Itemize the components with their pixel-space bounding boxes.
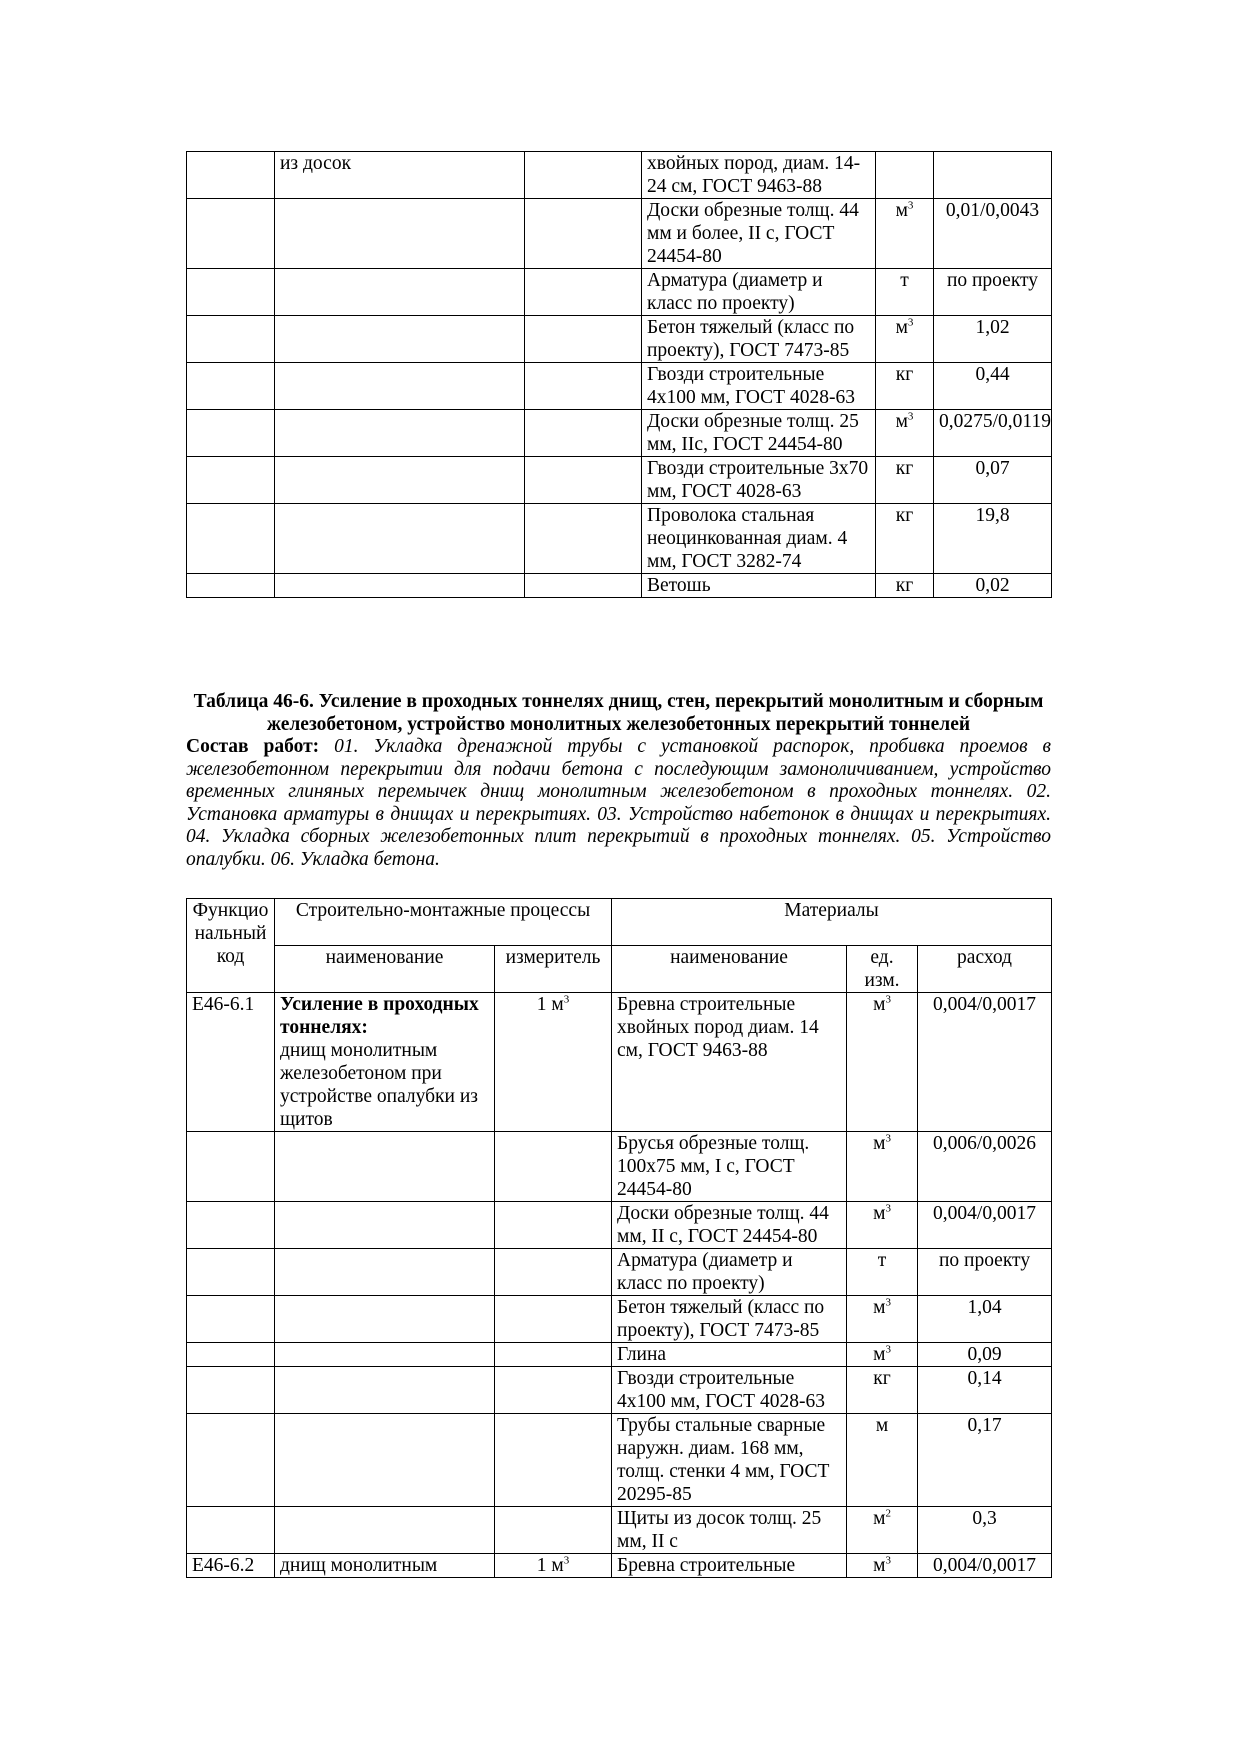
- table-row: Доски обрезные толщ. 44 мм, II с, ГОСТ 2…: [187, 1202, 1052, 1249]
- material-cell: Ветошь: [642, 574, 876, 598]
- unit-cell: м: [847, 1414, 918, 1507]
- meter-cell: [525, 199, 642, 269]
- meter-cell: [495, 1249, 612, 1296]
- code-cell: Е46-6.1: [187, 993, 275, 1132]
- process-cell: [275, 410, 525, 457]
- process-cell: из досок: [275, 152, 525, 199]
- material-cell: Бетон тяжелый (класс по проекту), ГОСТ 7…: [612, 1296, 847, 1343]
- material-cell: Бревна строительные: [612, 1554, 847, 1578]
- material-cell: Арматура (диаметр и класс по проекту): [642, 269, 876, 316]
- qty-cell: 0,006/0,0026: [918, 1132, 1052, 1202]
- qty-cell: [934, 152, 1052, 199]
- code-cell: [187, 1202, 275, 1249]
- meter-cell: [495, 1507, 612, 1554]
- meter-cell: [525, 574, 642, 598]
- qty-cell: 0,004/0,0017: [918, 1202, 1052, 1249]
- meter-cell: [495, 1202, 612, 1249]
- table-row: Е46-6.2днищ монолитным1 м3Бревна строите…: [187, 1554, 1052, 1578]
- process-cell: [275, 1343, 495, 1367]
- material-cell: Доски обрезные толщ. 25 мм, IIс, ГОСТ 24…: [642, 410, 876, 457]
- unit-cell: кг: [876, 457, 934, 504]
- unit-cell: м3: [876, 316, 934, 363]
- header-meter: измеритель: [495, 946, 612, 993]
- qty-cell: 0,09: [918, 1343, 1052, 1367]
- process-cell: [275, 1367, 495, 1414]
- unit-cell: м3: [847, 1132, 918, 1202]
- qty-cell: 19,8: [934, 504, 1052, 574]
- table-caption: Таблица 46-6. Усиление в проходных тонне…: [186, 691, 1051, 871]
- qty-cell: 0,004/0,0017: [918, 993, 1052, 1132]
- process-cell: [275, 269, 525, 316]
- unit-cell: м3: [847, 1202, 918, 1249]
- header-row-2: наименование измеритель наименование ед.…: [187, 946, 1052, 993]
- header-material-name: наименование: [612, 946, 847, 993]
- qty-cell: 0,01/0,0043: [934, 199, 1052, 269]
- material-cell: Щиты из досок толщ. 25 мм, II с: [612, 1507, 847, 1554]
- table-row: Арматура (диаметр и класс по проекту)тпо…: [187, 269, 1052, 316]
- material-cell: Глина: [612, 1343, 847, 1367]
- code-cell: [187, 1343, 275, 1367]
- code-cell: Е46-6.2: [187, 1554, 275, 1578]
- material-cell: хвойных пород, диам. 14-24 см, ГОСТ 9463…: [642, 152, 876, 199]
- unit-cell: м3: [876, 410, 934, 457]
- continued-materials-table: из досокхвойных пород, диам. 14-24 см, Г…: [186, 151, 1052, 598]
- process-cell: [275, 1507, 495, 1554]
- table-row: Гвозди строительные 4х100 мм, ГОСТ 4028-…: [187, 1367, 1052, 1414]
- unit-cell: м3: [847, 1296, 918, 1343]
- qty-cell: 1,04: [918, 1296, 1052, 1343]
- table-row: Гвозди строительные 4х100 мм, ГОСТ 4028-…: [187, 363, 1052, 410]
- header-unit: ед. изм.: [847, 946, 918, 993]
- meter-cell: [495, 1132, 612, 1202]
- table-row: Проволока стальная неоцинкованная диам. …: [187, 504, 1052, 574]
- meter-cell: [525, 363, 642, 410]
- meter-cell: [495, 1343, 612, 1367]
- material-cell: Бетон тяжелый (класс по проекту), ГОСТ 7…: [642, 316, 876, 363]
- process-cell: днищ монолитным: [275, 1554, 495, 1578]
- header-process-name: наименование: [275, 946, 495, 993]
- process-heading: Усиление в проходных тоннелях:: [280, 994, 479, 1038]
- table-row: Е46-6.1Усиление в проходных тоннелях:дни…: [187, 993, 1052, 1132]
- code-cell: [187, 1296, 275, 1343]
- meter-cell: [525, 410, 642, 457]
- meter-cell: [495, 1296, 612, 1343]
- table-row: Щиты из досок толщ. 25 мм, II см20,3: [187, 1507, 1052, 1554]
- code-cell: [187, 269, 275, 316]
- meter-cell: [525, 269, 642, 316]
- work-composition: Состав работ: 01. Укладка дренажной труб…: [186, 736, 1051, 871]
- meter-cell: [495, 1367, 612, 1414]
- header-code: Функциональный код: [187, 899, 275, 993]
- qty-cell: 0,14: [918, 1367, 1052, 1414]
- qty-cell: по проекту: [918, 1249, 1052, 1296]
- code-cell: [187, 1507, 275, 1554]
- material-cell: Брусья обрезные толщ. 100х75 мм, I с, ГО…: [612, 1132, 847, 1202]
- meter-cell: [525, 504, 642, 574]
- code-cell: [187, 1414, 275, 1507]
- table-row: Арматура (диаметр и класс по проекту)тпо…: [187, 1249, 1052, 1296]
- qty-cell: 1,02: [934, 316, 1052, 363]
- table-row: Ветошькг0,02: [187, 574, 1052, 598]
- material-cell: Доски обрезные толщ. 44 мм, II с, ГОСТ 2…: [612, 1202, 847, 1249]
- code-cell: [187, 1132, 275, 1202]
- meter-cell: 1 м3: [495, 993, 612, 1132]
- material-cell: Арматура (диаметр и класс по проекту): [612, 1249, 847, 1296]
- table-row: Брусья обрезные толщ. 100х75 мм, I с, ГО…: [187, 1132, 1052, 1202]
- qty-cell: 0,17: [918, 1414, 1052, 1507]
- material-cell: Гвозди строительные 3х70 мм, ГОСТ 4028-6…: [642, 457, 876, 504]
- meter-cell: [525, 457, 642, 504]
- process-cell: [275, 1132, 495, 1202]
- table-row: Гвозди строительные 3х70 мм, ГОСТ 4028-6…: [187, 457, 1052, 504]
- process-cell: [275, 199, 525, 269]
- header-materials: Материалы: [612, 899, 1052, 946]
- unit-cell: т: [847, 1249, 918, 1296]
- code-cell: [187, 1249, 275, 1296]
- table-title: Таблица 46-6. Усиление в проходных тонне…: [186, 691, 1051, 736]
- table-row: Бетон тяжелый (класс по проекту), ГОСТ 7…: [187, 316, 1052, 363]
- unit-cell: кг: [876, 363, 934, 410]
- process-cell: [275, 504, 525, 574]
- material-cell: Проволока стальная неоцинкованная диам. …: [642, 504, 876, 574]
- process-cell: [275, 1202, 495, 1249]
- table-46-6: Функциональный код Строительно-монтажные…: [186, 898, 1052, 1578]
- process-cell: Усиление в проходных тоннелях:днищ монол…: [275, 993, 495, 1132]
- unit-cell: кг: [847, 1367, 918, 1414]
- material-cell: Доски обрезные толщ. 44 мм и более, II с…: [642, 199, 876, 269]
- process-cell: [275, 1296, 495, 1343]
- process-cell: [275, 574, 525, 598]
- table-row: Доски обрезные толщ. 44 мм и более, II с…: [187, 199, 1052, 269]
- code-cell: [187, 363, 275, 410]
- header-qty: расход: [918, 946, 1052, 993]
- header-processes: Строительно-монтажные процессы: [275, 899, 612, 946]
- unit-cell: кг: [876, 504, 934, 574]
- material-cell: Трубы стальные сварные наружн. диам. 168…: [612, 1414, 847, 1507]
- process-cell: [275, 363, 525, 410]
- table-row: из досокхвойных пород, диам. 14-24 см, Г…: [187, 152, 1052, 199]
- code-cell: [187, 574, 275, 598]
- unit-cell: м3: [847, 993, 918, 1132]
- meter-cell: [495, 1414, 612, 1507]
- process-cell: [275, 1249, 495, 1296]
- code-cell: [187, 504, 275, 574]
- table-row: Бетон тяжелый (класс по проекту), ГОСТ 7…: [187, 1296, 1052, 1343]
- code-cell: [187, 199, 275, 269]
- material-cell: Гвозди строительные 4х100 мм, ГОСТ 4028-…: [642, 363, 876, 410]
- meter-cell: 1 м3: [495, 1554, 612, 1578]
- process-cell: [275, 316, 525, 363]
- unit-cell: м3: [847, 1343, 918, 1367]
- meter-cell: [525, 152, 642, 199]
- qty-cell: 0,07: [934, 457, 1052, 504]
- code-cell: [187, 1367, 275, 1414]
- material-cell: Бревна строительные хвойных пород диам. …: [612, 993, 847, 1132]
- meter-cell: [525, 316, 642, 363]
- table-row: Доски обрезные толщ. 25 мм, IIс, ГОСТ 24…: [187, 410, 1052, 457]
- table-row: Трубы стальные сварные наружн. диам. 168…: [187, 1414, 1052, 1507]
- process-cell: [275, 1414, 495, 1507]
- table-row: Глинам30,09: [187, 1343, 1052, 1367]
- code-cell: [187, 410, 275, 457]
- qty-cell: 0,3: [918, 1507, 1052, 1554]
- qty-cell: по проекту: [934, 269, 1052, 316]
- unit-cell: [876, 152, 934, 199]
- code-cell: [187, 457, 275, 504]
- qty-cell: 0,44: [934, 363, 1052, 410]
- unit-cell: кг: [876, 574, 934, 598]
- work-composition-label: Состав работ:: [186, 736, 319, 757]
- process-cell: [275, 457, 525, 504]
- unit-cell: м2: [847, 1507, 918, 1554]
- material-cell: Гвозди строительные 4х100 мм, ГОСТ 4028-…: [612, 1367, 847, 1414]
- qty-cell: 0,004/0,0017: [918, 1554, 1052, 1578]
- header-row-1: Функциональный код Строительно-монтажные…: [187, 899, 1052, 946]
- code-cell: [187, 152, 275, 199]
- unit-cell: м3: [876, 199, 934, 269]
- code-cell: [187, 316, 275, 363]
- unit-cell: т: [876, 269, 934, 316]
- unit-cell: м3: [847, 1554, 918, 1578]
- qty-cell: 0,02: [934, 574, 1052, 598]
- qty-cell: 0,0275/0,0119: [934, 410, 1052, 457]
